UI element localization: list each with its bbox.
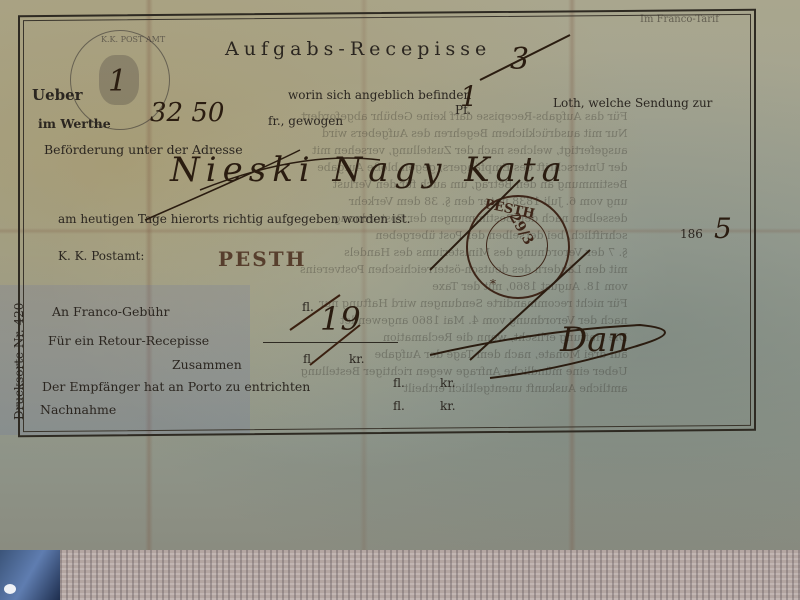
postal-receipt-paper: Für das Aufgabs-Recepisse darf keine Geb… [0, 0, 800, 550]
light-glint [4, 584, 16, 594]
ink-strokes [0, 0, 800, 550]
fabric-backdrop [0, 548, 800, 600]
photograph: Für das Aufgabs-Recepisse darf keine Geb… [0, 0, 800, 600]
